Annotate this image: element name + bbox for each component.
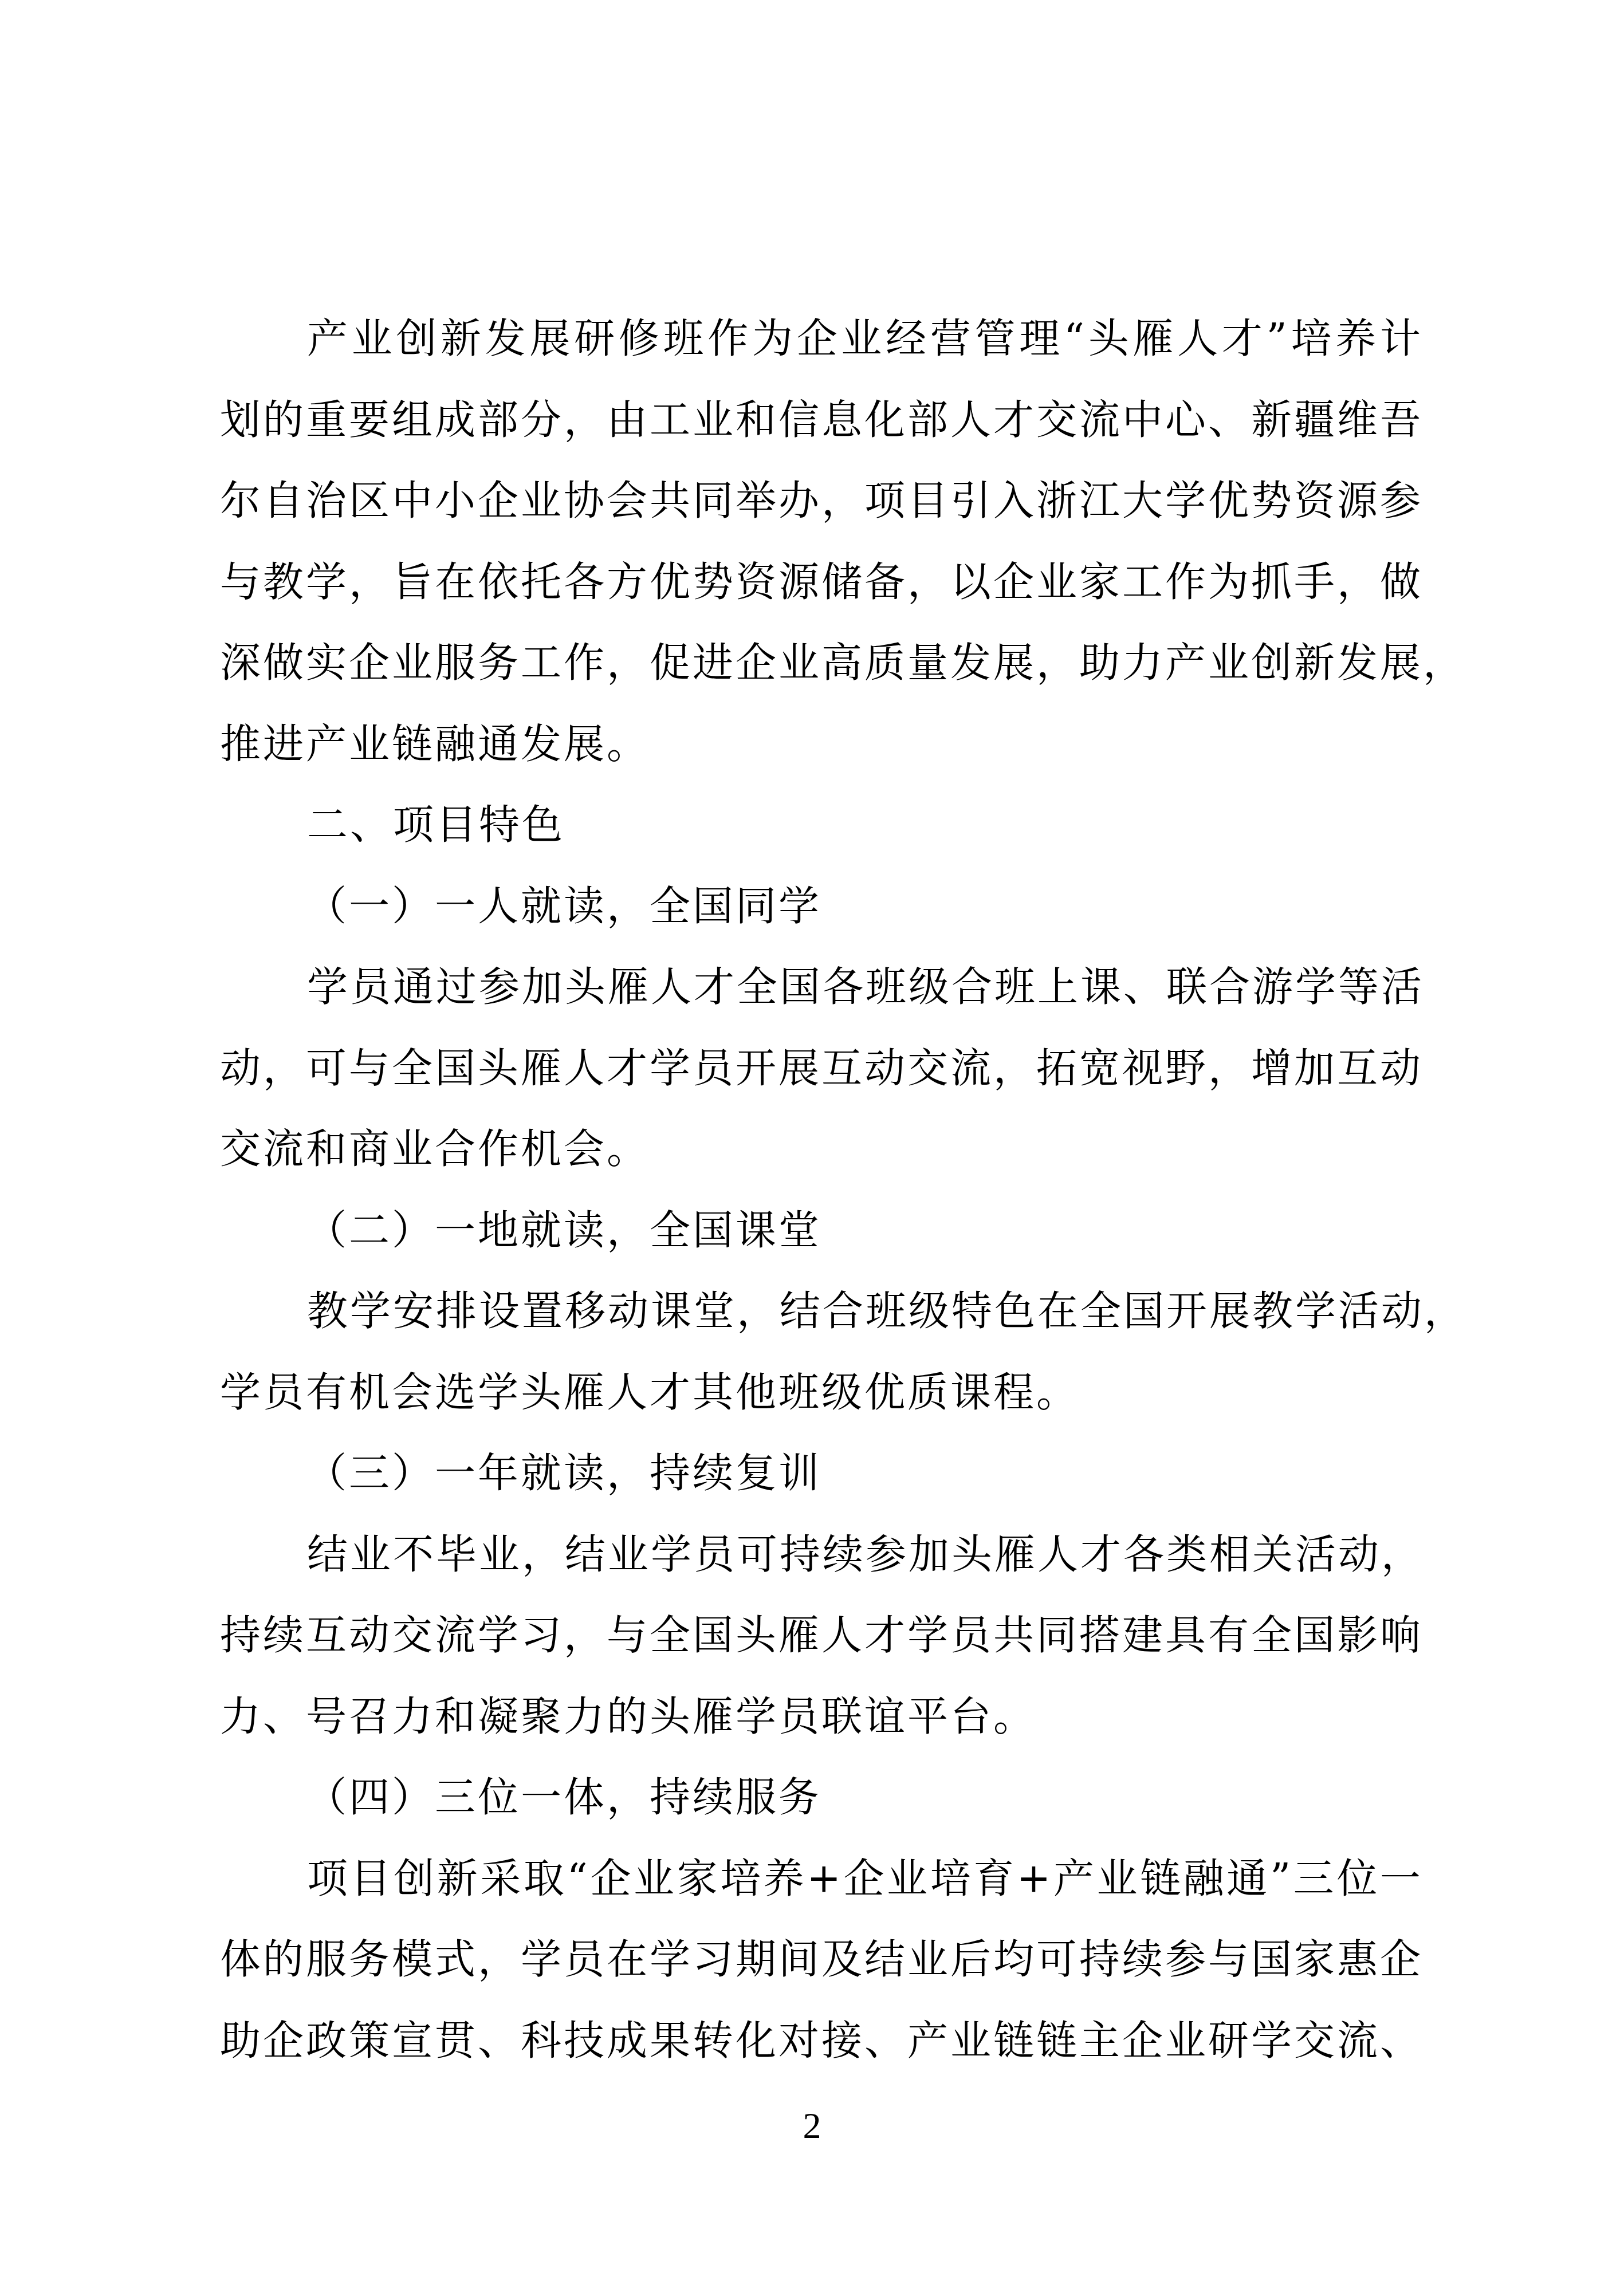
paragraph-line: 项目创新采取“企业家培养+企业培育+产业链融通”三位一 bbox=[220, 1838, 1423, 1919]
paragraph-line: 持续互动交流学习，与全国头雁人才学员共同搭建具有全国影响 bbox=[220, 1594, 1423, 1676]
paragraph-line: 交流和商业合作机会。 bbox=[220, 1108, 1423, 1190]
paragraph-line: 结业不毕业，结业学员可持续参加头雁人才各类相关活动， bbox=[220, 1514, 1423, 1595]
subsection-heading: （三）一年就读，持续复训 bbox=[220, 1432, 1423, 1514]
subsection-heading: （二）一地就读，全国课堂 bbox=[220, 1190, 1423, 1271]
paragraph-line: 划的重要组成部分，由工业和信息化部人才交流中心、新疆维吾 bbox=[220, 379, 1423, 460]
paragraph-line: 学员通过参加头雁人才全国各班级合班上课、联合游学等活 bbox=[220, 946, 1423, 1027]
subsection-2: （二）一地就读，全国课堂 教学安排设置移动课堂，结合班级特色在全国开展教学活动，… bbox=[220, 1190, 1423, 1433]
page-number: 2 bbox=[0, 2105, 1624, 2147]
paragraph-line: 产业创新发展研修班作为企业经营管理“头雁人才”培养计 bbox=[220, 298, 1423, 379]
subsection-4: （四）三位一体，持续服务 项目创新采取“企业家培养+企业培育+产业链融通”三位一… bbox=[220, 1757, 1423, 2081]
subsection-heading: （四）三位一体，持续服务 bbox=[220, 1757, 1423, 1838]
subsection-1: （一）一人就读，全国同学 学员通过参加头雁人才全国各班级合班上课、联合游学等活 … bbox=[220, 865, 1423, 1190]
paragraph-line: 体的服务模式，学员在学习期间及结业后均可持续参与国家惠企 bbox=[220, 1919, 1423, 2000]
paragraph-line: 与教学，旨在依托各方优势资源储备，以企业家工作为抓手，做 bbox=[220, 541, 1423, 623]
paragraph-line: 力、号召力和凝聚力的头雁学员联谊平台。 bbox=[220, 1676, 1423, 1757]
paragraph-line: 学员有机会选学头雁人才其他班级优质课程。 bbox=[220, 1352, 1423, 1433]
intro-paragraph: 产业创新发展研修班作为企业经营管理“头雁人才”培养计 划的重要组成部分，由工业和… bbox=[220, 298, 1423, 784]
document-page: 产业创新发展研修班作为企业经营管理“头雁人才”培养计 划的重要组成部分，由工业和… bbox=[0, 0, 1624, 2296]
document-body: 产业创新发展研修班作为企业经营管理“头雁人才”培养计 划的重要组成部分，由工业和… bbox=[220, 298, 1423, 2081]
paragraph-line: 教学安排设置移动课堂，结合班级特色在全国开展教学活动， bbox=[220, 1270, 1423, 1352]
paragraph-line: 尔自治区中小企业协会共同举办，项目引入浙江大学优势资源参 bbox=[220, 460, 1423, 541]
subsection-heading: （一）一人就读，全国同学 bbox=[220, 865, 1423, 947]
paragraph-line: 深做实企业服务工作，促进企业高质量发展，助力产业创新发展， bbox=[220, 622, 1423, 703]
section-heading: 二、项目特色 bbox=[220, 784, 1423, 865]
paragraph-line: 助企政策宣贯、科技成果转化对接、产业链链主企业研学交流、 bbox=[220, 2000, 1423, 2081]
subsection-3: （三）一年就读，持续复训 结业不毕业，结业学员可持续参加头雁人才各类相关活动， … bbox=[220, 1432, 1423, 1757]
paragraph-line: 推进产业链融通发展。 bbox=[220, 703, 1423, 785]
paragraph-line: 动，可与全国头雁人才学员开展互动交流，拓宽视野，增加互动 bbox=[220, 1027, 1423, 1109]
